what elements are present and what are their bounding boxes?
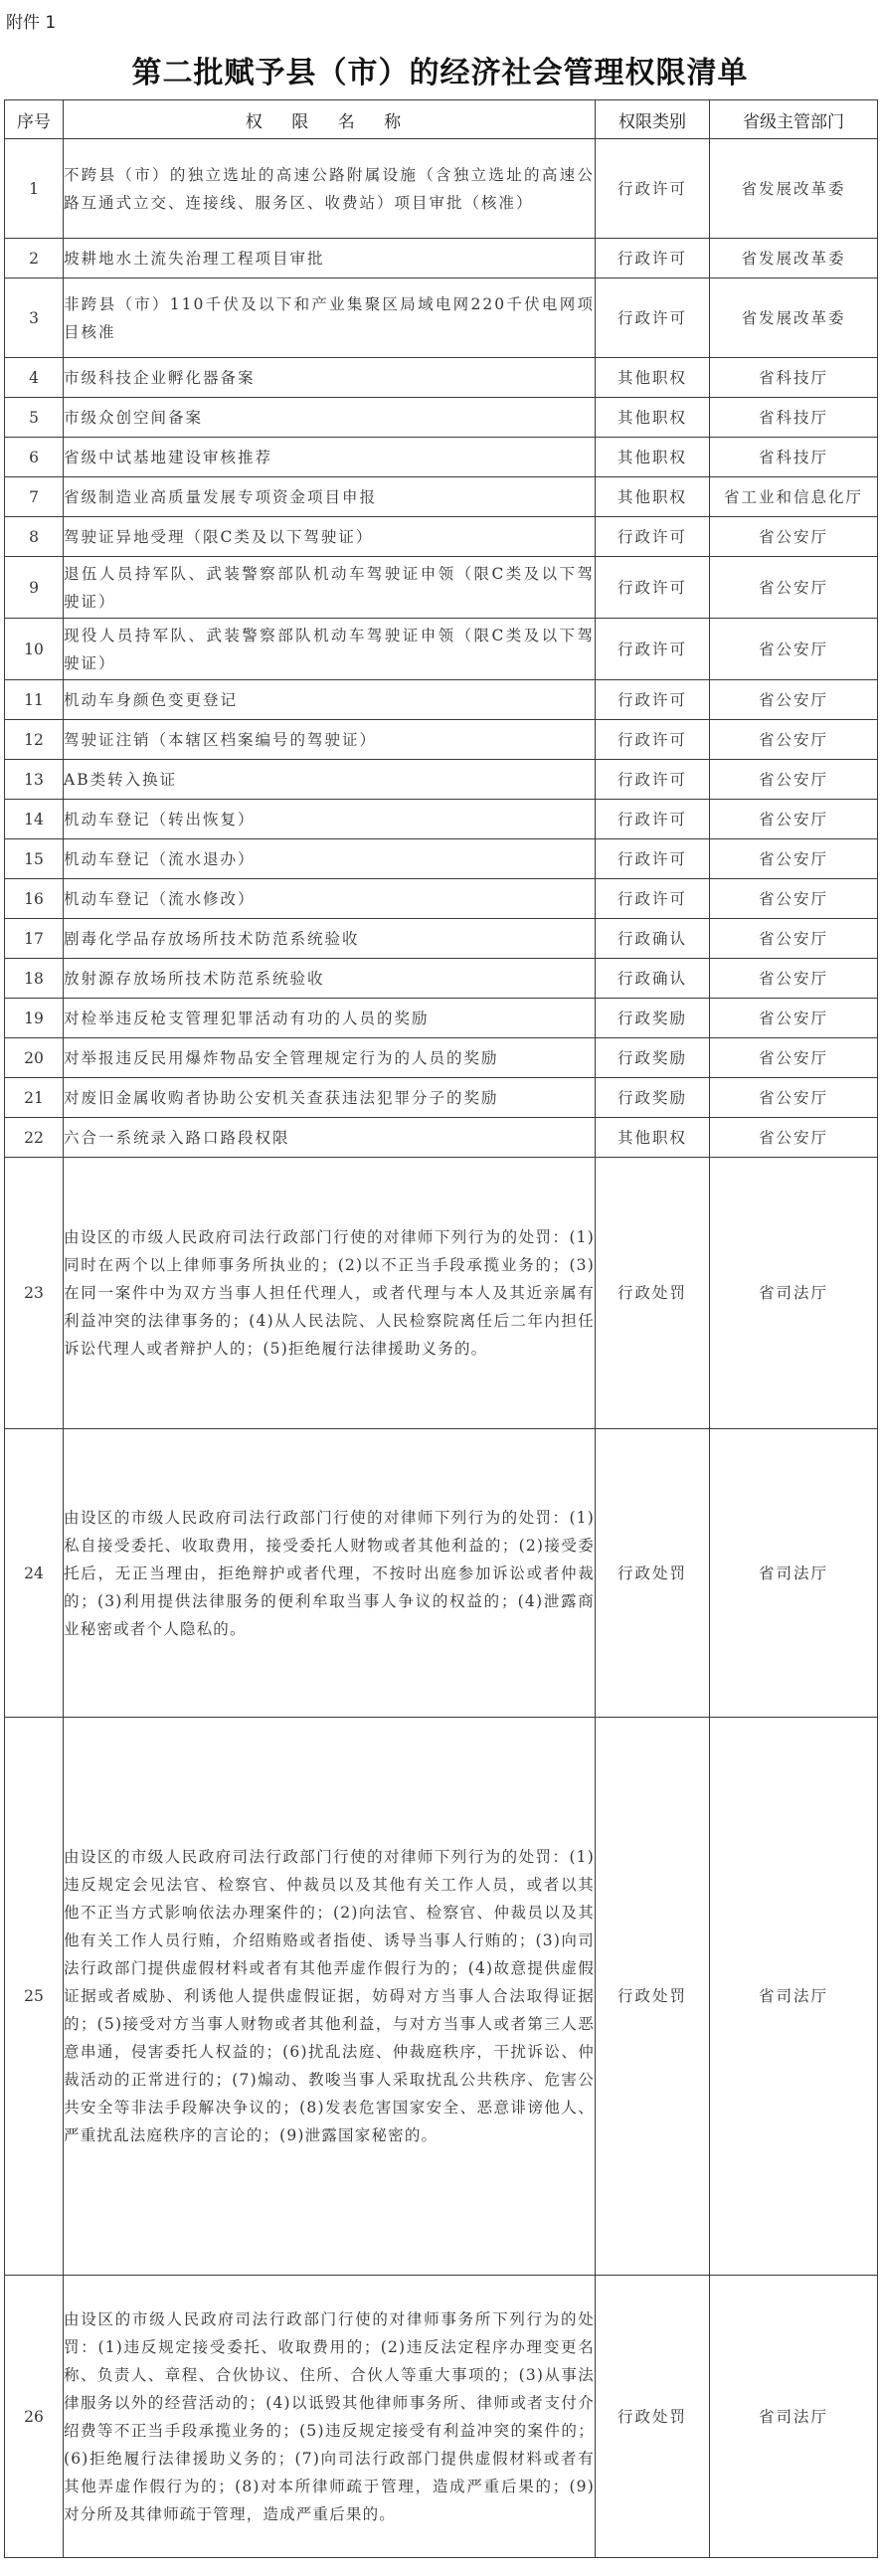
authority-category: 行政处罚 bbox=[596, 1718, 710, 2276]
provincial-department: 省公安厅 bbox=[710, 959, 878, 999]
row-number: 1 bbox=[5, 139, 64, 239]
authority-category: 其他职权 bbox=[596, 1118, 710, 1158]
provincial-department: 省公安厅 bbox=[710, 839, 878, 879]
authority-category: 其他职权 bbox=[596, 398, 710, 438]
table-row: 5市级众创空间备案其他职权省科技厅 bbox=[5, 398, 878, 438]
authority-category: 行政许可 bbox=[596, 879, 710, 919]
authority-category: 行政许可 bbox=[596, 278, 710, 358]
authority-category: 行政许可 bbox=[596, 139, 710, 239]
row-number: 11 bbox=[5, 680, 64, 720]
authority-name: 放射源存放场所技术防范系统验收 bbox=[64, 959, 596, 999]
provincial-department: 省公安厅 bbox=[710, 517, 878, 557]
authority-name: 对检举违反枪支管理犯罪活动有功的人员的奖励 bbox=[64, 999, 596, 1038]
provincial-department: 省公安厅 bbox=[710, 879, 878, 919]
authority-category: 行政许可 bbox=[596, 619, 710, 680]
header-no: 序号 bbox=[5, 100, 64, 139]
authority-category: 行政许可 bbox=[596, 557, 710, 619]
page-title: 第二批赋予县（市）的经济社会管理权限清单 bbox=[0, 48, 880, 92]
table-row: 10现役人员持军队、武装警察部队机动车驾驶证申领（限C类及以下驾驶证）行政许可省… bbox=[5, 619, 878, 680]
authority-category: 其他职权 bbox=[596, 438, 710, 477]
authority-name: 六合一系统录入路口路段权限 bbox=[64, 1118, 596, 1158]
table-row: 20对举报违反民用爆炸物品安全管理规定行为的人员的奖励行政奖励省公安厅 bbox=[5, 1038, 878, 1078]
table-row: 6省级中试基地建设审核推荐其他职权省科技厅 bbox=[5, 438, 878, 477]
authority-name: 省级中试基地建设审核推荐 bbox=[64, 438, 596, 477]
authority-name: 市级科技企业孵化器备案 bbox=[64, 358, 596, 398]
authority-list-table: 序号 权 限 名 称 权限类别 省级主管部门 1不跨县（市）的独立选址的高速公路… bbox=[4, 99, 878, 2558]
authority-name: 市级众创空间备案 bbox=[64, 398, 596, 438]
table-row: 13AB类转入换证行政许可省公安厅 bbox=[5, 760, 878, 800]
authority-name: 机动车登记（流水退办） bbox=[64, 839, 596, 879]
provincial-department: 省公安厅 bbox=[710, 557, 878, 619]
row-number: 13 bbox=[5, 760, 64, 800]
provincial-department: 省工业和信息化厅 bbox=[710, 477, 878, 517]
authority-category: 行政确认 bbox=[596, 959, 710, 999]
authority-category: 行政处罚 bbox=[596, 1158, 710, 1429]
provincial-department: 省司法厅 bbox=[710, 2276, 878, 2558]
authority-category: 行政奖励 bbox=[596, 1078, 710, 1118]
authority-category: 行政许可 bbox=[596, 239, 710, 278]
authority-category: 行政奖励 bbox=[596, 999, 710, 1038]
table-row: 17剧毒化学品存放场所技术防范系统验收行政确认省公安厅 bbox=[5, 919, 878, 959]
provincial-department: 省公安厅 bbox=[710, 760, 878, 800]
table-row: 14机动车登记（转出恢复）行政许可省公安厅 bbox=[5, 800, 878, 839]
table-row: 1不跨县（市）的独立选址的高速公路附属设施（含独立选址的高速公路互通式立交、连接… bbox=[5, 139, 878, 239]
authority-category: 其他职权 bbox=[596, 477, 710, 517]
row-number: 7 bbox=[5, 477, 64, 517]
provincial-department: 省公安厅 bbox=[710, 1078, 878, 1118]
table-row: 22六合一系统录入路口路段权限其他职权省公安厅 bbox=[5, 1118, 878, 1158]
header-department: 省级主管部门 bbox=[710, 100, 878, 139]
row-number: 22 bbox=[5, 1118, 64, 1158]
authority-name: 坡耕地水土流失治理工程项目审批 bbox=[64, 239, 596, 278]
authority-name: 对举报违反民用爆炸物品安全管理规定行为的人员的奖励 bbox=[64, 1038, 596, 1078]
table-row: 21对废旧金属收购者协助公安机关查获违法犯罪分子的奖励行政奖励省公安厅 bbox=[5, 1078, 878, 1118]
table-row: 18放射源存放场所技术防范系统验收行政确认省公安厅 bbox=[5, 959, 878, 999]
provincial-department: 省发展改革委 bbox=[710, 278, 878, 358]
provincial-department: 省发展改革委 bbox=[710, 139, 878, 239]
row-number: 16 bbox=[5, 879, 64, 919]
authority-name: 驾驶证注销（本辖区档案编号的驾驶证） bbox=[64, 720, 596, 760]
authority-name: 省级制造业高质量发展专项资金项目申报 bbox=[64, 477, 596, 517]
table-row: 7省级制造业高质量发展专项资金项目申报其他职权省工业和信息化厅 bbox=[5, 477, 878, 517]
row-number: 4 bbox=[5, 358, 64, 398]
authority-name: 非跨县（市）110千伏及以下和产业集聚区局域电网220千伏电网项目核准 bbox=[64, 278, 596, 358]
authority-name: 机动车身颜色变更登记 bbox=[64, 680, 596, 720]
authority-category: 行政许可 bbox=[596, 839, 710, 879]
table-row: 15机动车登记（流水退办）行政许可省公安厅 bbox=[5, 839, 878, 879]
provincial-department: 省公安厅 bbox=[710, 619, 878, 680]
row-number: 8 bbox=[5, 517, 64, 557]
authority-category: 行政许可 bbox=[596, 720, 710, 760]
provincial-department: 省科技厅 bbox=[710, 438, 878, 477]
table-row: 2坡耕地水土流失治理工程项目审批行政许可省发展改革委 bbox=[5, 239, 878, 278]
row-number: 19 bbox=[5, 999, 64, 1038]
authority-category: 行政处罚 bbox=[596, 1429, 710, 1718]
row-number: 14 bbox=[5, 800, 64, 839]
table-row: 19对检举违反枪支管理犯罪活动有功的人员的奖励行政奖励省公安厅 bbox=[5, 999, 878, 1038]
table-row: 4市级科技企业孵化器备案其他职权省科技厅 bbox=[5, 358, 878, 398]
authority-category: 行政处罚 bbox=[596, 2276, 710, 2558]
table-row: 23由设区的市级人民政府司法行政部门行使的对律师下列行为的处罚：(1)同时在两个… bbox=[5, 1158, 878, 1429]
row-number: 21 bbox=[5, 1078, 64, 1118]
authority-name: 由设区的市级人民政府司法行政部门行使的对律师下列行为的处罚：(1)私自接受委托、… bbox=[64, 1429, 596, 1718]
header-name: 权 限 名 称 bbox=[64, 100, 596, 139]
provincial-department: 省司法厅 bbox=[710, 1429, 878, 1718]
provincial-department: 省公安厅 bbox=[710, 999, 878, 1038]
table-header-row: 序号 权 限 名 称 权限类别 省级主管部门 bbox=[5, 100, 878, 139]
authority-name: 现役人员持军队、武装警察部队机动车驾驶证申领（限C类及以下驾驶证） bbox=[64, 619, 596, 680]
table-row: 3非跨县（市）110千伏及以下和产业集聚区局域电网220千伏电网项目核准行政许可… bbox=[5, 278, 878, 358]
authority-name: 机动车登记（流水修改） bbox=[64, 879, 596, 919]
authority-category: 行政许可 bbox=[596, 800, 710, 839]
row-number: 17 bbox=[5, 919, 64, 959]
provincial-department: 省科技厅 bbox=[710, 398, 878, 438]
table-row: 11机动车身颜色变更登记行政许可省公安厅 bbox=[5, 680, 878, 720]
authority-name: 不跨县（市）的独立选址的高速公路附属设施（含独立选址的高速公路互通式立交、连接线… bbox=[64, 139, 596, 239]
authority-name: 剧毒化学品存放场所技术防范系统验收 bbox=[64, 919, 596, 959]
provincial-department: 省公安厅 bbox=[710, 680, 878, 720]
table-row: 9退伍人员持军队、武装警察部队机动车驾驶证申领（限C类及以下驾驶证）行政许可省公… bbox=[5, 557, 878, 619]
table-row: 26由设区的市级人民政府司法行政部门行使的对律师事务所下列行为的处罚：(1)违反… bbox=[5, 2276, 878, 2558]
authority-category: 其他职权 bbox=[596, 358, 710, 398]
row-number: 23 bbox=[5, 1158, 64, 1429]
provincial-department: 省司法厅 bbox=[710, 1718, 878, 2276]
authority-name: 退伍人员持军队、武装警察部队机动车驾驶证申领（限C类及以下驾驶证） bbox=[64, 557, 596, 619]
authority-name: AB类转入换证 bbox=[64, 760, 596, 800]
row-number: 26 bbox=[5, 2276, 64, 2558]
authority-name: 驾驶证异地受理（限C类及以下驾驶证） bbox=[64, 517, 596, 557]
table-row: 16机动车登记（流水修改）行政许可省公安厅 bbox=[5, 879, 878, 919]
provincial-department: 省科技厅 bbox=[710, 358, 878, 398]
row-number: 18 bbox=[5, 959, 64, 999]
authority-name: 由设区的市级人民政府司法行政部门行使的对律师事务所下列行为的处罚：(1)违反规定… bbox=[64, 2276, 596, 2558]
row-number: 3 bbox=[5, 278, 64, 358]
authority-name: 由设区的市级人民政府司法行政部门行使的对律师下列行为的处罚：(1)违反规定会见法… bbox=[64, 1718, 596, 2276]
provincial-department: 省公安厅 bbox=[710, 720, 878, 760]
authority-category: 行政许可 bbox=[596, 760, 710, 800]
attachment-label: 附件 1 bbox=[6, 8, 56, 33]
table-row: 24由设区的市级人民政府司法行政部门行使的对律师下列行为的处罚：(1)私自接受委… bbox=[5, 1429, 878, 1718]
provincial-department: 省公安厅 bbox=[710, 1118, 878, 1158]
authority-category: 行政许可 bbox=[596, 680, 710, 720]
row-number: 24 bbox=[5, 1429, 64, 1718]
authority-name: 机动车登记（转出恢复） bbox=[64, 800, 596, 839]
row-number: 2 bbox=[5, 239, 64, 278]
header-category: 权限类别 bbox=[596, 100, 710, 139]
row-number: 15 bbox=[5, 839, 64, 879]
table-row: 12驾驶证注销（本辖区档案编号的驾驶证）行政许可省公安厅 bbox=[5, 720, 878, 760]
provincial-department: 省公安厅 bbox=[710, 800, 878, 839]
row-number: 20 bbox=[5, 1038, 64, 1078]
row-number: 12 bbox=[5, 720, 64, 760]
provincial-department: 省公安厅 bbox=[710, 919, 878, 959]
provincial-department: 省公安厅 bbox=[710, 1038, 878, 1078]
provincial-department: 省司法厅 bbox=[710, 1158, 878, 1429]
row-number: 10 bbox=[5, 619, 64, 680]
table-row: 25由设区的市级人民政府司法行政部门行使的对律师下列行为的处罚：(1)违反规定会… bbox=[5, 1718, 878, 2276]
authority-category: 行政许可 bbox=[596, 517, 710, 557]
authority-category: 行政奖励 bbox=[596, 1038, 710, 1078]
authority-category: 行政确认 bbox=[596, 919, 710, 959]
authority-name: 对废旧金属收购者协助公安机关查获违法犯罪分子的奖励 bbox=[64, 1078, 596, 1118]
row-number: 6 bbox=[5, 438, 64, 477]
row-number: 25 bbox=[5, 1718, 64, 2276]
row-number: 5 bbox=[5, 398, 64, 438]
row-number: 9 bbox=[5, 557, 64, 619]
provincial-department: 省发展改革委 bbox=[710, 239, 878, 278]
authority-name: 由设区的市级人民政府司法行政部门行使的对律师下列行为的处罚：(1)同时在两个以上… bbox=[64, 1158, 596, 1429]
table-row: 8驾驶证异地受理（限C类及以下驾驶证）行政许可省公安厅 bbox=[5, 517, 878, 557]
